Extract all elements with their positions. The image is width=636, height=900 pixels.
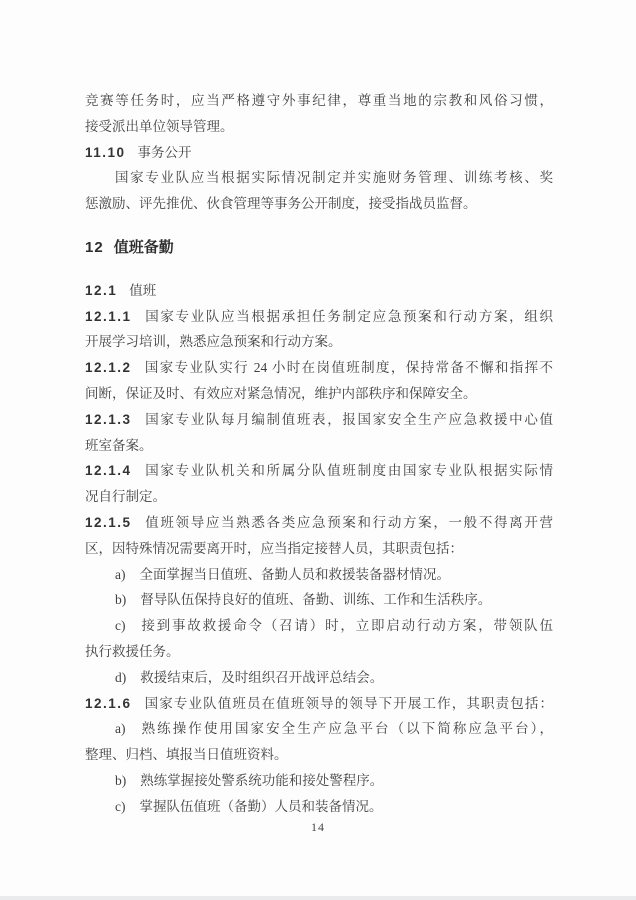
body-line: 执行救援任务。 [85, 639, 553, 665]
clause-line: 12.1.3国家专业队每月编制值班表，报国家安全生产应急救援中心值 [85, 407, 553, 433]
clause-line: 12.1.5值班领导应当熟悉各类应急预案和行动方案，一般不得离开营 [85, 510, 553, 536]
clause-number: 12.1.1 [85, 309, 132, 324]
line-text: 值班 [129, 283, 156, 298]
line-text: 国家专业队机关和所属分队值班制度由国家专业队根据实际情 [144, 463, 553, 478]
item-line: b)熟练掌握接处警系统功能和接处警程序。 [85, 768, 553, 794]
item-line: b)督导队伍保持良好的值班、备勤、训练、工作和生活秩序。 [85, 587, 553, 613]
body-line: 惩激励、评先推优、伙食管理等事务公开制度，接受指战员监督。 [85, 191, 553, 217]
item-line: a)全面掌握当日值班、备勤人员和救援装备器材情况。 [85, 562, 553, 588]
line-text: 惩激励、评先推优、伙食管理等事务公开制度，接受指战员监督。 [85, 196, 477, 211]
line-text: 接到事故救援命令（召请）时，立即启动行动方案，带领队伍 [140, 618, 554, 633]
clause-number: 12.1.6 [85, 696, 132, 711]
line-text: 接受派出单位领导管理。 [85, 119, 234, 134]
body-line: 区，因特殊情况需要离开时，应当指定接替人员，其职责包括： [85, 536, 553, 562]
line-text: 开展学习培训，熟悉应急预案和行动方案。 [85, 334, 342, 349]
line-text: 值班备勤 [114, 239, 174, 256]
document-body: 竞赛等任务时，应当严格遵守外事纪律，尊重当地的宗教和风俗习惯，接受派出单位领导管… [85, 88, 553, 820]
document-page: 竞赛等任务时，应当严格遵守外事纪律，尊重当地的宗教和风俗习惯，接受派出单位领导管… [0, 0, 636, 900]
page-number: 14 [0, 820, 636, 835]
item-label: b) [115, 592, 126, 607]
line-text: 熟练操作使用国家安全生产应急平台（以下简称应急平台）， [140, 721, 554, 736]
item-label: c) [115, 618, 126, 633]
clause-number: 12.1.4 [85, 463, 132, 478]
item-label: c) [115, 799, 126, 814]
clause-line: 12.1.4国家专业队机关和所属分队值班制度由国家专业队根据实际情 [85, 458, 553, 484]
line-text: 值班领导应当熟悉各类应急预案和行动方案，一般不得离开营 [144, 515, 553, 530]
body-line: 国家专业队应当根据实际情况制定并实施财务管理、训练考核、奖 [85, 165, 553, 191]
section-heading: 12值班备勤 [85, 235, 553, 261]
line-text: 督导队伍保持良好的值班、备勤、训练、工作和生活秩序。 [140, 592, 491, 607]
clause-line: 11.10事务公开 [85, 140, 553, 166]
line-text: 班室备案。 [85, 438, 153, 453]
line-text: 竞赛等任务时，应当严格遵守外事纪律，尊重当地的宗教和风俗习惯， [85, 93, 553, 108]
scan-bottom-edge [0, 896, 636, 900]
clause-line: 12.1.6国家专业队值班员在值班领导的领导下开展工作，其职责包括： [85, 691, 553, 717]
item-label: a) [115, 567, 126, 582]
clause-number: 12.1 [85, 283, 117, 298]
line-text: 全面掌握当日值班、备勤人员和救援装备器材情况。 [140, 567, 451, 582]
clause-line: 12.1值班 [85, 278, 553, 304]
line-text: 掌握队伍值班（备勤）人员和装备情况。 [140, 799, 383, 814]
clause-number: 11.10 [85, 145, 126, 160]
line-text: 国家专业队应当根据承担任务制定应急预案和行动方案，组织 [144, 309, 553, 324]
line-text: 救援结束后，及时组织召开战评总结会。 [140, 670, 383, 685]
item-label: a) [115, 721, 126, 736]
line-text: 间断，保证及时、有效应对紧急情况，维护内部秩序和保障安全。 [85, 386, 477, 401]
item-line: c)接到事故救援命令（召请）时，立即启动行动方案，带领队伍 [85, 613, 553, 639]
body-line: 班室备案。 [85, 433, 553, 459]
item-line: d)救援结束后，及时组织召开战评总结会。 [85, 665, 553, 691]
item-label: b) [115, 773, 126, 788]
body-line: 况自行制定。 [85, 484, 553, 510]
item-label: d) [115, 670, 126, 685]
line-text: 况自行制定。 [85, 489, 166, 504]
body-line: 整理、归档、填报当日值班资料。 [85, 742, 553, 768]
body-line: 开展学习培训，熟悉应急预案和行动方案。 [85, 329, 553, 355]
body-line: 竞赛等任务时，应当严格遵守外事纪律，尊重当地的宗教和风俗习惯， [85, 88, 553, 114]
line-text: 国家专业队应当根据实际情况制定并实施财务管理、训练考核、奖 [115, 170, 553, 185]
body-line: 接受派出单位领导管理。 [85, 114, 553, 140]
line-text: 区，因特殊情况需要离开时，应当指定接替人员，其职责包括： [85, 541, 463, 556]
clause-number: 12.1.3 [85, 412, 132, 427]
line-text: 国家专业队值班员在值班领导的领导下开展工作，其职责包括： [144, 696, 553, 711]
item-line: a)熟练操作使用国家安全生产应急平台（以下简称应急平台）， [85, 716, 553, 742]
clause-line: 12.1.2国家专业队实行 24 小时在岗值班制度，保持常备不懈和指挥不 [85, 355, 553, 381]
clause-number: 12 [85, 239, 104, 256]
line-text: 国家专业队每月编制值班表，报国家安全生产应急救援中心值 [144, 412, 553, 427]
clause-line: 12.1.1国家专业队应当根据承担任务制定应急预案和行动方案，组织 [85, 304, 553, 330]
clause-number: 12.1.5 [85, 515, 132, 530]
line-text: 国家专业队实行 24 小时在岗值班制度，保持常备不懈和指挥不 [144, 360, 553, 375]
line-text: 事务公开 [138, 145, 192, 160]
line-text: 熟练掌握接处警系统功能和接处警程序。 [140, 773, 383, 788]
clause-number: 12.1.2 [85, 360, 132, 375]
item-line: c)掌握队伍值班（备勤）人员和装备情况。 [85, 794, 553, 820]
body-line: 间断，保证及时、有效应对紧急情况，维护内部秩序和保障安全。 [85, 381, 553, 407]
line-text: 整理、归档、填报当日值班资料。 [85, 747, 288, 762]
line-text: 执行救援任务。 [85, 644, 180, 659]
